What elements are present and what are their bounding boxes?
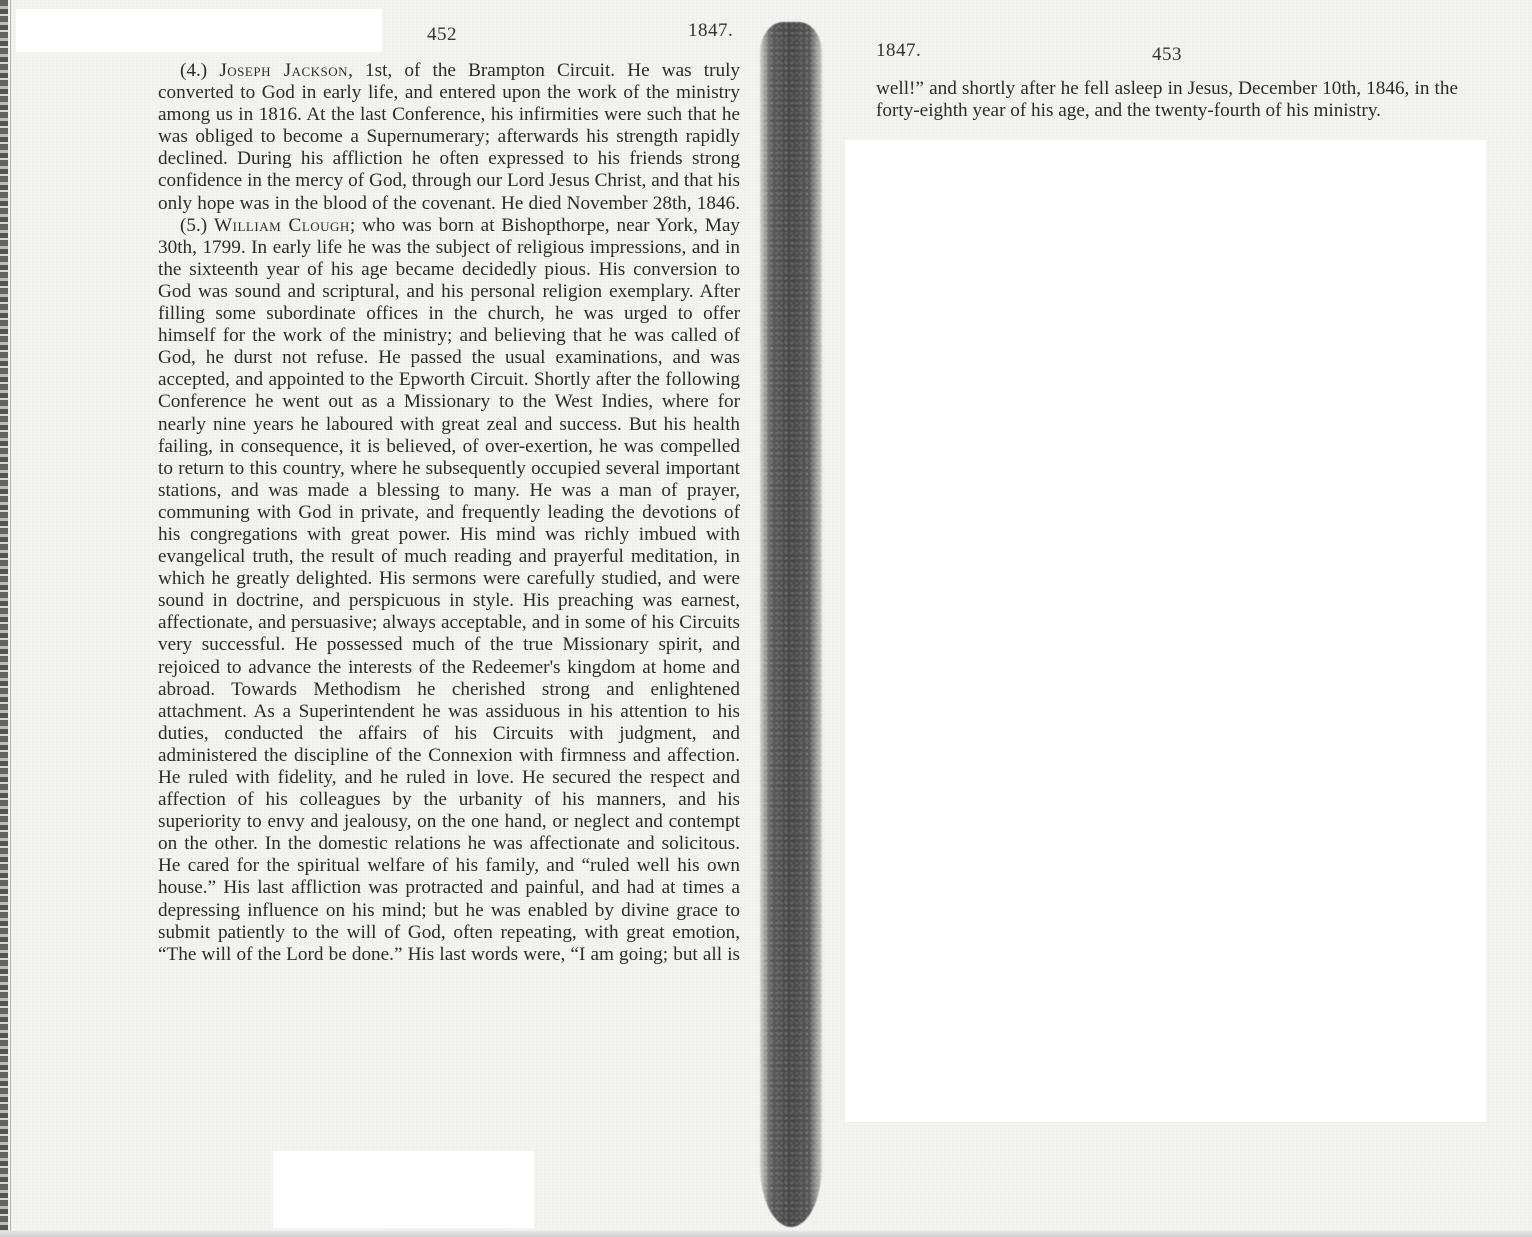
left-page-text: (4.) Joseph Jackson, 1st, of the Brampto… [158, 60, 740, 966]
entry-text: ; who was born at Bishopthorpe, near Yor… [158, 215, 740, 965]
entry-joseph-jackson: (4.) Joseph Jackson, 1st, of the Brampto… [158, 60, 740, 215]
book-binding-edge [0, 0, 8, 1237]
entry-william-clough: (5.) William Clough; who was born at Bis… [158, 215, 740, 966]
entry-number: (5.) [180, 215, 207, 236]
right-page-year: 1847. [876, 40, 921, 62]
left-page-year: 1847. [688, 20, 733, 42]
redaction-box-top-left [16, 9, 382, 52]
redaction-box-bottom-left [273, 1151, 534, 1228]
book-gutter-shadow [760, 22, 822, 1227]
left-page-number: 452 [427, 24, 457, 46]
entry-name: William Clough [214, 215, 350, 236]
entry-name: Joseph Jackson [219, 60, 348, 81]
entry-number: (4.) [180, 60, 207, 81]
entry-text: , 1st, of the Brampton Circuit. He was t… [158, 60, 740, 214]
entry-continuation: well!” and shortly after he fell asleep … [876, 78, 1458, 122]
page-bottom-edge [0, 1231, 1532, 1237]
right-page-text: well!” and shortly after he fell asleep … [876, 78, 1458, 122]
right-page-number: 453 [1152, 44, 1182, 66]
redaction-box-right [845, 140, 1486, 1122]
